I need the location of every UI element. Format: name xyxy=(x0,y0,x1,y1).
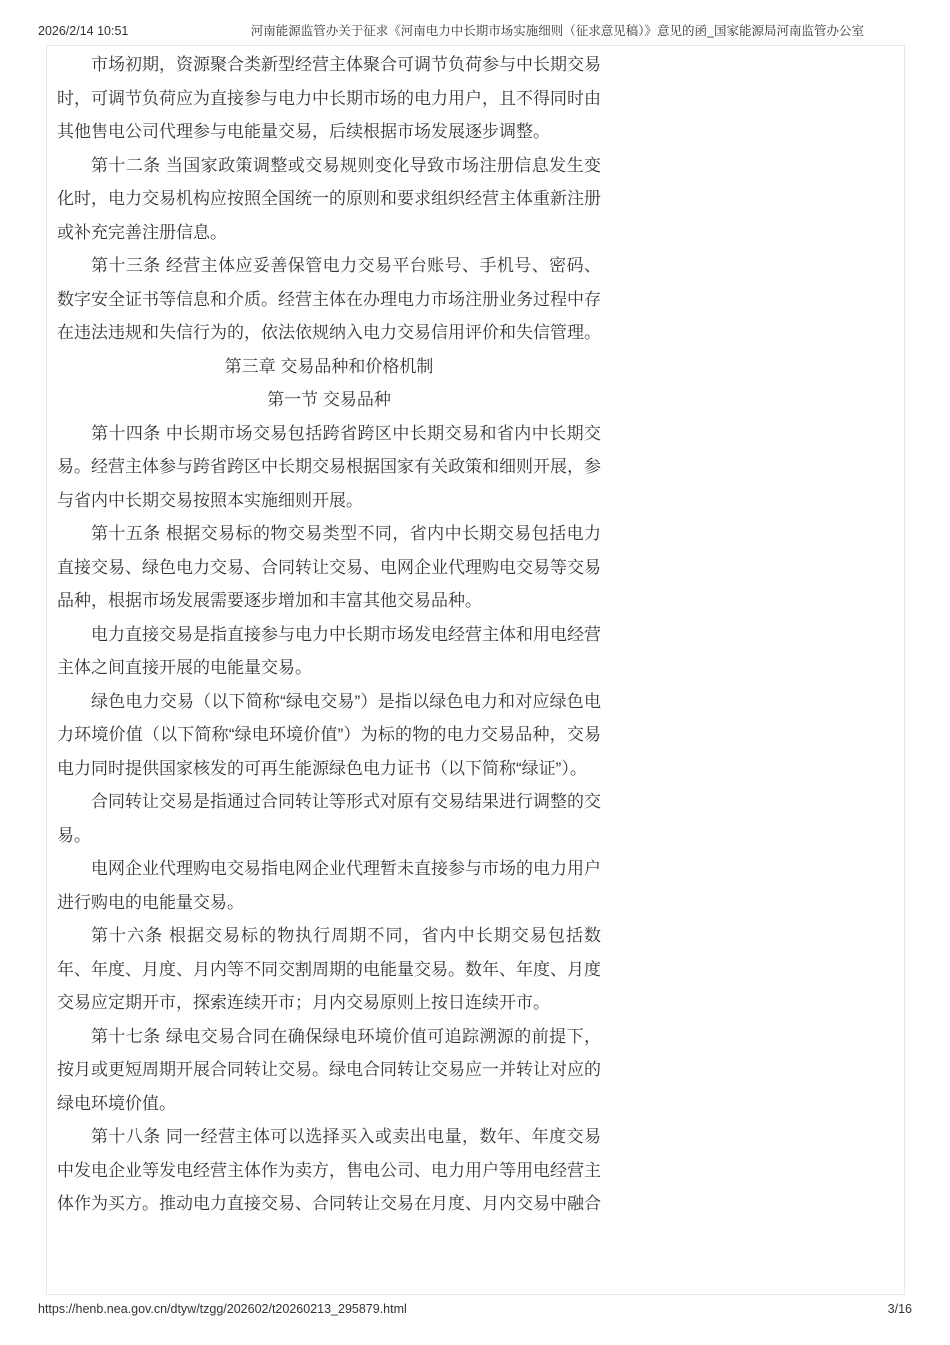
print-footer-url: https://henb.nea.gov.cn/dtyw/tzgg/202602… xyxy=(38,1302,407,1316)
print-preview-page: 2026/2/14 10:51 河南能源监管办关于征求《河南电力中长期市场实施细… xyxy=(0,0,950,1345)
paragraph: 市场初期，资源聚合类新型经营主体聚合可调节负荷参与中长期交易时，可调节负荷应为直… xyxy=(57,48,601,149)
paragraph: 第十二条 当国家政策调整或交易规则变化导致市场注册信息发生变化时，电力交易机构应… xyxy=(57,149,601,250)
article-content-box: 市场初期，资源聚合类新型经营主体聚合可调节负荷参与中长期交易时，可调节负荷应为直… xyxy=(46,45,905,1295)
print-header-title: 河南能源监管办关于征求《河南电力中长期市场实施细则（征求意见稿）》意见的函_国家… xyxy=(251,24,864,38)
print-header-datetime: 2026/2/14 10:51 xyxy=(38,24,128,38)
paragraph: 第十八条 同一经营主体可以选择买入或卖出电量，数年、年度交易中发电企业等发电经营… xyxy=(57,1120,601,1221)
paragraph: 第十三条 经营主体应妥善保管电力交易平台账号、手机号、密码、数字安全证书等信息和… xyxy=(57,249,601,350)
paragraph: 第十五条 根据交易标的物交易类型不同，省内中长期交易包括电力直接交易、绿色电力交… xyxy=(57,517,601,618)
paragraph: 第十四条 中长期市场交易包括跨省跨区中长期交易和省内中长期交易。经营主体参与跨省… xyxy=(57,417,601,518)
paragraph: 第十六条 根据交易标的物执行周期不同，省内中长期交易包括数年、年度、月度、月内等… xyxy=(57,919,601,1020)
article-body: 市场初期，资源聚合类新型经营主体聚合可调节负荷参与中长期交易时，可调节负荷应为直… xyxy=(57,48,601,1221)
print-footer-page-number: 3/16 xyxy=(888,1302,912,1316)
section-heading: 第三章 交易品种和价格机制 xyxy=(57,350,601,384)
paragraph: 绿色电力交易（以下简称“绿电交易”）是指以绿色电力和对应绿色电力环境价值（以下简… xyxy=(57,685,601,786)
paragraph: 电力直接交易是指直接参与电力中长期市场发电经营主体和用电经营主体之间直接开展的电… xyxy=(57,618,601,685)
paragraph: 电网企业代理购电交易指电网企业代理暂未直接参与市场的电力用户进行购电的电能量交易… xyxy=(57,852,601,919)
paragraph: 合同转让交易是指通过合同转让等形式对原有交易结果进行调整的交易。 xyxy=(57,785,601,852)
section-heading: 第一节 交易品种 xyxy=(57,383,601,417)
paragraph: 第十七条 绿电交易合同在确保绿电环境价值可追踪溯源的前提下，按月或更短周期开展合… xyxy=(57,1020,601,1121)
